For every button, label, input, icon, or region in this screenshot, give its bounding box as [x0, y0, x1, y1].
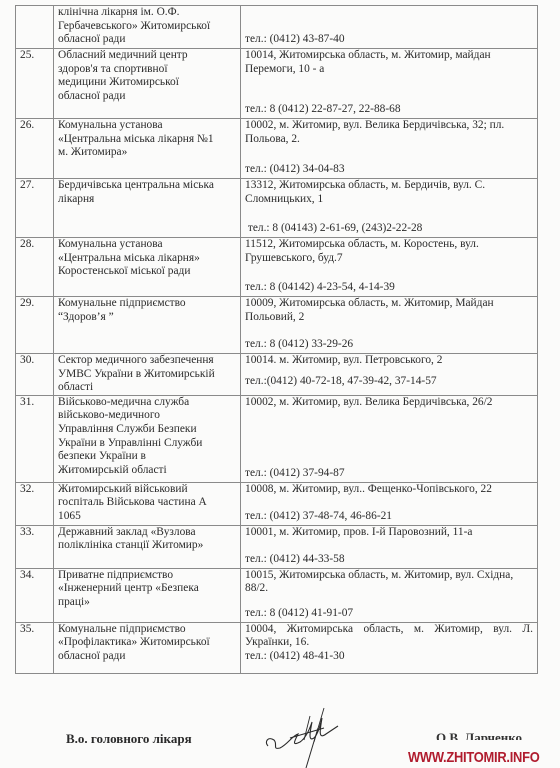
- row-number: 34.: [16, 568, 54, 622]
- address-line: Українки, 16.: [245, 636, 533, 650]
- institution-name-line: УМВС України в Житомирській: [58, 368, 236, 382]
- address-line: 10014, Житомирська область, м. Житомир, …: [245, 49, 533, 63]
- institution-name-line: «Центральна міська лікарня №1: [58, 133, 236, 147]
- phone-number: тел.: (0412) 37-48-74, 46-86-21: [245, 510, 533, 524]
- table-row: 32.Житомирський військовийгоспіталь Війс…: [16, 482, 538, 525]
- institution-name-line: поліклініка станції Житомир»: [58, 539, 236, 553]
- institution-name: Комунальне підприємство«Профілактика» Жи…: [54, 622, 241, 673]
- institution-name-line: Обласний медичний центр: [58, 49, 236, 63]
- document-page: клінічна лікарня ім. О.Ф.Гербачевського»…: [0, 0, 560, 768]
- institution-name: Приватне підприємство«Інженерний центр «…: [54, 568, 241, 622]
- row-number: 27.: [16, 179, 54, 238]
- institution-name: Обласний медичний центрздоров'я та спорт…: [54, 49, 241, 119]
- institution-contacts: 10009, Житомирська область, м. Житомир, …: [241, 297, 538, 354]
- institution-name-line: військово-медичного: [58, 409, 236, 423]
- institution-name-line: області: [58, 381, 236, 395]
- institution-name-line: 1065: [58, 510, 236, 524]
- institution-name-line: Сектор медичного забезпечення: [58, 354, 236, 368]
- table-row: 30.Сектор медичного забезпеченняУМВС Укр…: [16, 354, 538, 396]
- institution-name: Комунальна установа«Центральна міська лі…: [54, 119, 241, 179]
- row-number: [16, 6, 54, 49]
- institution-contacts: тел.: (0412) 43-87-40: [241, 6, 538, 49]
- site-watermark: WWW.ZHITOMIR.INFO: [408, 749, 540, 766]
- table-row: клінічна лікарня ім. О.Ф.Гербачевського»…: [16, 6, 538, 49]
- address-line: 10014. м. Житомир, вул. Петровського, 2: [245, 354, 533, 368]
- table-row: 28.Комунальна установа«Центральна міська…: [16, 238, 538, 297]
- address-line: Перемоги, 10 - а: [245, 63, 533, 77]
- institution-name: Комунальна установа«Центральна міська лі…: [54, 238, 241, 297]
- address-line: Польовий, 2: [245, 311, 533, 325]
- institution-name-line: «Профілактика» Житомирської: [58, 636, 236, 650]
- institution-name-line: обласної ради: [58, 650, 236, 664]
- address-line: 11512, Житомирська область, м. Коростень…: [245, 238, 533, 252]
- institution-name-line: здоров'я та спортивної: [58, 63, 236, 77]
- address-line: 10008, м. Житомир, вул.. Фещенко-Чопівсь…: [245, 483, 533, 497]
- institution-name-line: м. Житомира»: [58, 146, 236, 160]
- institution-contacts: 13312, Житомирська область, м. Бердичів,…: [241, 179, 538, 238]
- table-row: 31.Військово-медична службавійськово-мед…: [16, 395, 538, 482]
- phone-number: тел.: (0412) 37-94-87: [245, 467, 533, 481]
- institution-name-line: Житомирський військовий: [58, 483, 236, 497]
- institution-name-line: госпіталь Військова частина А: [58, 496, 236, 510]
- institution-name: Житомирський військовийгоспіталь Військо…: [54, 482, 241, 525]
- institution-name: клінічна лікарня ім. О.Ф.Гербачевського»…: [54, 6, 241, 49]
- institution-name: Військово-медична службавійськово-медичн…: [54, 395, 241, 482]
- institution-name-line: Управління Служби Безпеки: [58, 423, 236, 437]
- table-row: 26.Комунальна установа«Центральна міська…: [16, 119, 538, 179]
- institution-contacts: 10002, м. Житомир, вул. Велика Бердичівс…: [241, 119, 538, 179]
- institution-name-line: Бердичівська центральна міська: [58, 179, 236, 193]
- institution-name: Комунальне підприємство“Здоров’я ”: [54, 297, 241, 354]
- institution-contacts: 10004, Житомирська область, м. Житомир, …: [241, 622, 538, 673]
- phone-number: тел.: 8 (0412) 41-91-07: [245, 607, 533, 621]
- address-line: 10009, Житомирська область, м. Житомир, …: [245, 297, 533, 311]
- phone-number: тел.: (0412) 34-04-83: [245, 163, 533, 177]
- address-line: Польова, 2.: [245, 133, 533, 147]
- institution-name-line: медицини Житомирської: [58, 76, 236, 90]
- table-row: 35.Комунальне підприємство«Профілактика»…: [16, 622, 538, 673]
- row-number: 25.: [16, 49, 54, 119]
- institution-contacts: 10002, м. Житомир, вул. Велика Бердичівс…: [241, 395, 538, 482]
- signatory-name: О.В. Ларченко: [436, 730, 522, 740]
- institution-name-line: Комунальна установа: [58, 238, 236, 252]
- institution-name-line: Комунальне підприємство: [58, 297, 236, 311]
- institution-name: Державний заклад «Вузловаполіклініка ста…: [54, 525, 241, 568]
- row-number: 30.: [16, 354, 54, 396]
- institution-name-line: клінічна лікарня ім. О.Ф.: [58, 6, 236, 20]
- signatory-title: В.о. головного лікаря: [66, 731, 192, 747]
- phone-number: тел.: (0412) 43-87-40: [245, 33, 533, 47]
- address-line: 10001, м. Житомир, пров. І-й Паровозний,…: [245, 526, 533, 540]
- institution-name-line: обласної ради: [58, 90, 236, 104]
- phone-number: тел.: 8 (04142) 4-23-54, 4-14-39: [245, 281, 533, 295]
- address-line: 10004, Житомирська область, м. Житомир, …: [245, 623, 533, 637]
- table-row: 33.Державний заклад «Вузловаполіклініка …: [16, 525, 538, 568]
- institution-contacts: 10015, Житомирська область, м. Житомир, …: [241, 568, 538, 622]
- handwritten-signature-icon: [262, 698, 342, 768]
- table-row: 27.Бердичівська центральна міськалікарня…: [16, 179, 538, 238]
- institution-name-line: України в Управлінні Служби: [58, 437, 236, 451]
- institution-name-line: лікарня: [58, 193, 236, 207]
- institution-name: Сектор медичного забезпеченняУМВС Україн…: [54, 354, 241, 396]
- institution-name-line: Комунальна установа: [58, 119, 236, 133]
- phone-number: тел.:(0412) 40-72-18, 47-39-42, 37-14-57: [245, 375, 533, 389]
- address-line: Сломницьких, 1: [245, 193, 533, 207]
- address-line: 10002, м. Житомир, вул. Велика Бердичівс…: [245, 396, 533, 410]
- institution-contacts: 10014. м. Житомир, вул. Петровського, 2т…: [241, 354, 538, 396]
- address-line: Грушевського, буд.7: [245, 252, 533, 266]
- phone-number: тел.: (0412) 48-41-30: [245, 650, 533, 664]
- institution-name-line: «Центральна міська лікарня»: [58, 252, 236, 266]
- address-line: 13312, Житомирська область, м. Бердичів,…: [245, 179, 533, 193]
- institution-name-line: Комунальне підприємство: [58, 623, 236, 637]
- phone-number: тел.: (0412) 44-33-58: [245, 553, 533, 567]
- institution-name-line: Державний заклад «Вузлова: [58, 526, 236, 540]
- phone-number: тел.: 8 (04143) 2-61-69, (243)2-22-28: [245, 222, 533, 236]
- table-row: 25.Обласний медичний центрздоров'я та сп…: [16, 49, 538, 119]
- institution-contacts: 10001, м. Житомир, пров. І-й Паровозний,…: [241, 525, 538, 568]
- institution-name-line: Приватне підприємство: [58, 569, 236, 583]
- row-number: 32.: [16, 482, 54, 525]
- phone-number: тел.: 8 (0412) 33-29-26: [245, 338, 533, 352]
- institution-name-line: Гербачевського» Житомирської: [58, 20, 236, 34]
- row-number: 28.: [16, 238, 54, 297]
- institution-name-line: Житомирській області: [58, 464, 236, 478]
- table-row: 34.Приватне підприємство«Інженерний цент…: [16, 568, 538, 622]
- address-line: 10002, м. Житомир, вул. Велика Бердичівс…: [245, 119, 533, 133]
- institution-name-line: «Інженерний центр «Безпека: [58, 582, 236, 596]
- row-number: 31.: [16, 395, 54, 482]
- institution-name-line: праці»: [58, 596, 236, 610]
- address-line: 88/2.: [245, 582, 533, 596]
- row-number: 29.: [16, 297, 54, 354]
- institution-name-line: Військово-медична служба: [58, 396, 236, 410]
- institution-contacts: 10014, Житомирська область, м. Житомир, …: [241, 49, 538, 119]
- row-number: 33.: [16, 525, 54, 568]
- row-number: 35.: [16, 622, 54, 673]
- row-number: 26.: [16, 119, 54, 179]
- address-line: 10015, Житомирська область, м. Житомир, …: [245, 569, 533, 583]
- phone-number: тел.: 8 (0412) 22-87-27, 22-88-68: [245, 103, 533, 117]
- institutions-table: клінічна лікарня ім. О.Ф.Гербачевського»…: [15, 5, 538, 674]
- institution-name-line: “Здоров’я ”: [58, 311, 236, 325]
- institution-name-line: Коростенської міської ради: [58, 265, 236, 279]
- institution-name-line: безпеки України в: [58, 450, 236, 464]
- institution-name-line: обласної ради: [58, 33, 236, 47]
- institution-name: Бердичівська центральна міськалікарня: [54, 179, 241, 238]
- table-row: 29.Комунальне підприємство“Здоров’я ”100…: [16, 297, 538, 354]
- institution-contacts: 11512, Житомирська область, м. Коростень…: [241, 238, 538, 297]
- institution-contacts: 10008, м. Житомир, вул.. Фещенко-Чопівсь…: [241, 482, 538, 525]
